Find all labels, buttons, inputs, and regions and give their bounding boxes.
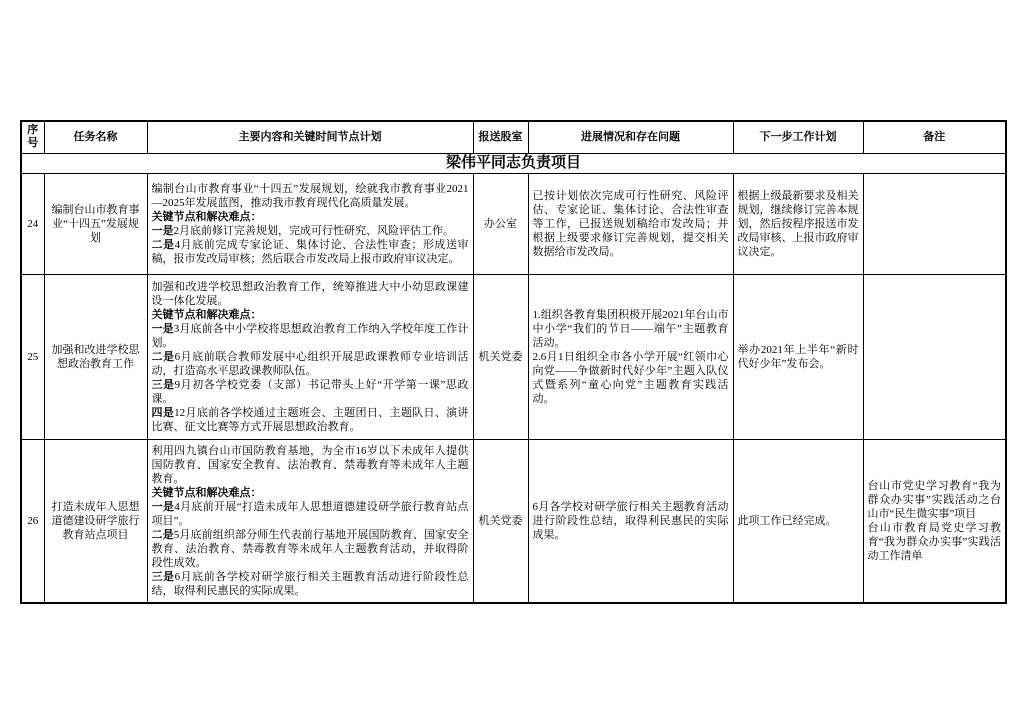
paragraph: 根据上级最新要求及相关规划，继续修订完善本规划，然后按程序报送市发改局审核、上报… [738,189,859,259]
paragraph: 打造未成年人思想道德建设研学旅行教育站点项目 [49,500,143,542]
cell-remark: 台山市党史学习教育“我为群众办实事”实践活动之台山市“民生微实事”项目台山市教育… [863,439,1006,603]
paragraph: 编制台山市教育事业“十四五”发展规划，绘就我市教育事业2021—2025年发展蓝… [152,182,469,210]
cell-index: 24 [21,173,44,274]
cell-next-plan: 根据上级最新要求及相关规划，继续修订完善本规划，然后按程序报送市发改局审核、上报… [733,173,863,274]
cell-dept: 机关党委 [473,439,528,603]
cell-index: 26 [21,439,44,603]
paragraph: 二是4月底前完成专家论证、集体讨论、合法性审查；形成送审稿，报市发改局审核；然后… [152,238,469,266]
paragraph: 关键节点和解决难点： [152,210,469,224]
paragraph: 一是4月底前开展“打造未成年人思想道德建设研学旅行教育站点项目”。 [152,500,469,528]
cell-task-name: 加强和改进学校思想政治教育工作 [44,274,147,439]
cell-task-name: 编制台山市教育事业“十四五”发展规划 [44,173,147,274]
cell-next-plan: 举办2021年上半年“新时代好少年”发布会。 [733,274,863,439]
paragraph: 6月各学校对研学旅行相关主题教育活动进行阶段性总结，取得利民惠民的实际成果。 [533,500,729,542]
paragraph: 此项工作已经完成。 [738,514,859,528]
project-table: 序号 任务名称 主要内容和关键时间节点计划 报送股室 进展情况和存在问题 下一步… [20,120,1007,604]
paragraph: 二是5月底前组织部分师生代表前行基地开展国防教育、国家安全教育、法治教育、禁毒教… [152,528,469,570]
table-row: 26打造未成年人思想道德建设研学旅行教育站点项目利用四九镇台山市国防教育基地，为… [21,439,1006,603]
paragraph: 机关党委 [478,350,524,364]
paragraph: 举办2021年上半年“新时代好少年”发布会。 [738,343,859,371]
section-header-row: 梁伟平同志负责项目 [21,153,1006,173]
paragraph: 26 [26,514,40,528]
cell-remark [863,274,1006,439]
paragraph: 办公室 [478,217,524,231]
section-title: 梁伟平同志负责项目 [21,153,1006,173]
paragraph: 利用四九镇台山市国防教育基地，为全市16岁以下未成年人提供国防教育、国家安全教育… [152,444,469,486]
cell-progress: 6月各学校对研学旅行相关主题教育活动进行阶段性总结，取得利民惠民的实际成果。 [528,439,733,603]
col-header-progress: 进展情况和存在问题 [528,121,733,153]
cell-dept: 机关党委 [473,274,528,439]
col-header-remark: 备注 [863,121,1006,153]
paragraph: 三是9月初各学校党委（支部）书记带头上好“开学第一课”思政课。 [152,378,469,406]
table-header-row: 序号 任务名称 主要内容和关键时间节点计划 报送股室 进展情况和存在问题 下一步… [21,121,1006,153]
paragraph: 加强和改进学校思想政治教育工作，统筹推进大中小幼思政课建设一体化发展。 [152,280,469,308]
document-page: 序号 任务名称 主要内容和关键时间节点计划 报送股室 进展情况和存在问题 下一步… [0,0,1024,724]
paragraph: 已按计划依次完成可行性研究、风险评估、专家论证、集体讨论、合法性审查等工作，已报… [533,189,729,259]
col-header-task: 任务名称 [44,121,147,153]
cell-index: 25 [21,274,44,439]
table-row: 25加强和改进学校思想政治教育工作加强和改进学校思想政治教育工作，统筹推进大中小… [21,274,1006,439]
paragraph: 机关党委 [478,514,524,528]
col-header-next: 下一步工作计划 [733,121,863,153]
paragraph: 二是6月底前联合教师发展中心组织开展思政课教师专业培训活动，打造高水平思政课教师… [152,350,469,378]
paragraph: 一是3月底前各中小学校将思想政治教育工作纳入学校年度工作计划。 [152,322,469,350]
cell-progress: 1.组织各教育集团积极开展2021年台山市中小学“我们的节日——端午”主题教育活… [528,274,733,439]
paragraph: 2.6月1日组织全市各小学开展“红领巾心向党——争做新时代好少年”主题入队仪式暨… [533,350,729,406]
cell-main-content: 加强和改进学校思想政治教育工作，统筹推进大中小幼思政课建设一体化发展。关键节点和… [147,274,473,439]
paragraph: 关键节点和解决难点： [152,486,469,500]
paragraph: 24 [26,217,40,231]
paragraph: 三是6月底前各学校对研学旅行相关主题教育活动进行阶段性总结，取得利民惠民的实际成… [152,570,469,598]
table-row: 24编制台山市教育事业“十四五”发展规划编制台山市教育事业“十四五”发展规划，绘… [21,173,1006,274]
col-header-index: 序号 [21,121,44,153]
paragraph: 编制台山市教育事业“十四五”发展规划 [49,203,143,245]
cell-main-content: 利用四九镇台山市国防教育基地，为全市16岁以下未成年人提供国防教育、国家安全教育… [147,439,473,603]
table-body: 24编制台山市教育事业“十四五”发展规划编制台山市教育事业“十四五”发展规划，绘… [21,173,1006,603]
cell-main-content: 编制台山市教育事业“十四五”发展规划，绘就我市教育事业2021—2025年发展蓝… [147,173,473,274]
col-header-content: 主要内容和关键时间节点计划 [147,121,473,153]
cell-task-name: 打造未成年人思想道德建设研学旅行教育站点项目 [44,439,147,603]
paragraph: 台山市教育局党史学习教育“我为群众办实事”实践活动工作清单 [868,521,1002,563]
cell-dept: 办公室 [473,173,528,274]
col-header-dept: 报送股室 [473,121,528,153]
paragraph: 关键节点和解决难点： [152,308,469,322]
cell-next-plan: 此项工作已经完成。 [733,439,863,603]
cell-remark [863,173,1006,274]
paragraph: 1.组织各教育集团积极开展2021年台山市中小学“我们的节日——端午”主题教育活… [533,308,729,350]
cell-progress: 已按计划依次完成可行性研究、风险评估、专家论证、集体讨论、合法性审查等工作，已报… [528,173,733,274]
paragraph: 台山市党史学习教育“我为群众办实事”实践活动之台山市“民生微实事”项目 [868,479,1002,521]
paragraph: 加强和改进学校思想政治教育工作 [49,343,143,371]
paragraph: 四是12月底前各学校通过主题班会、主题团日、主题队日、演讲比赛、征文比赛等方式开… [152,406,469,434]
paragraph: 一是2月底前修订完善规划，完成可行性研究、风险评估工作。 [152,224,469,238]
paragraph: 25 [26,350,40,364]
